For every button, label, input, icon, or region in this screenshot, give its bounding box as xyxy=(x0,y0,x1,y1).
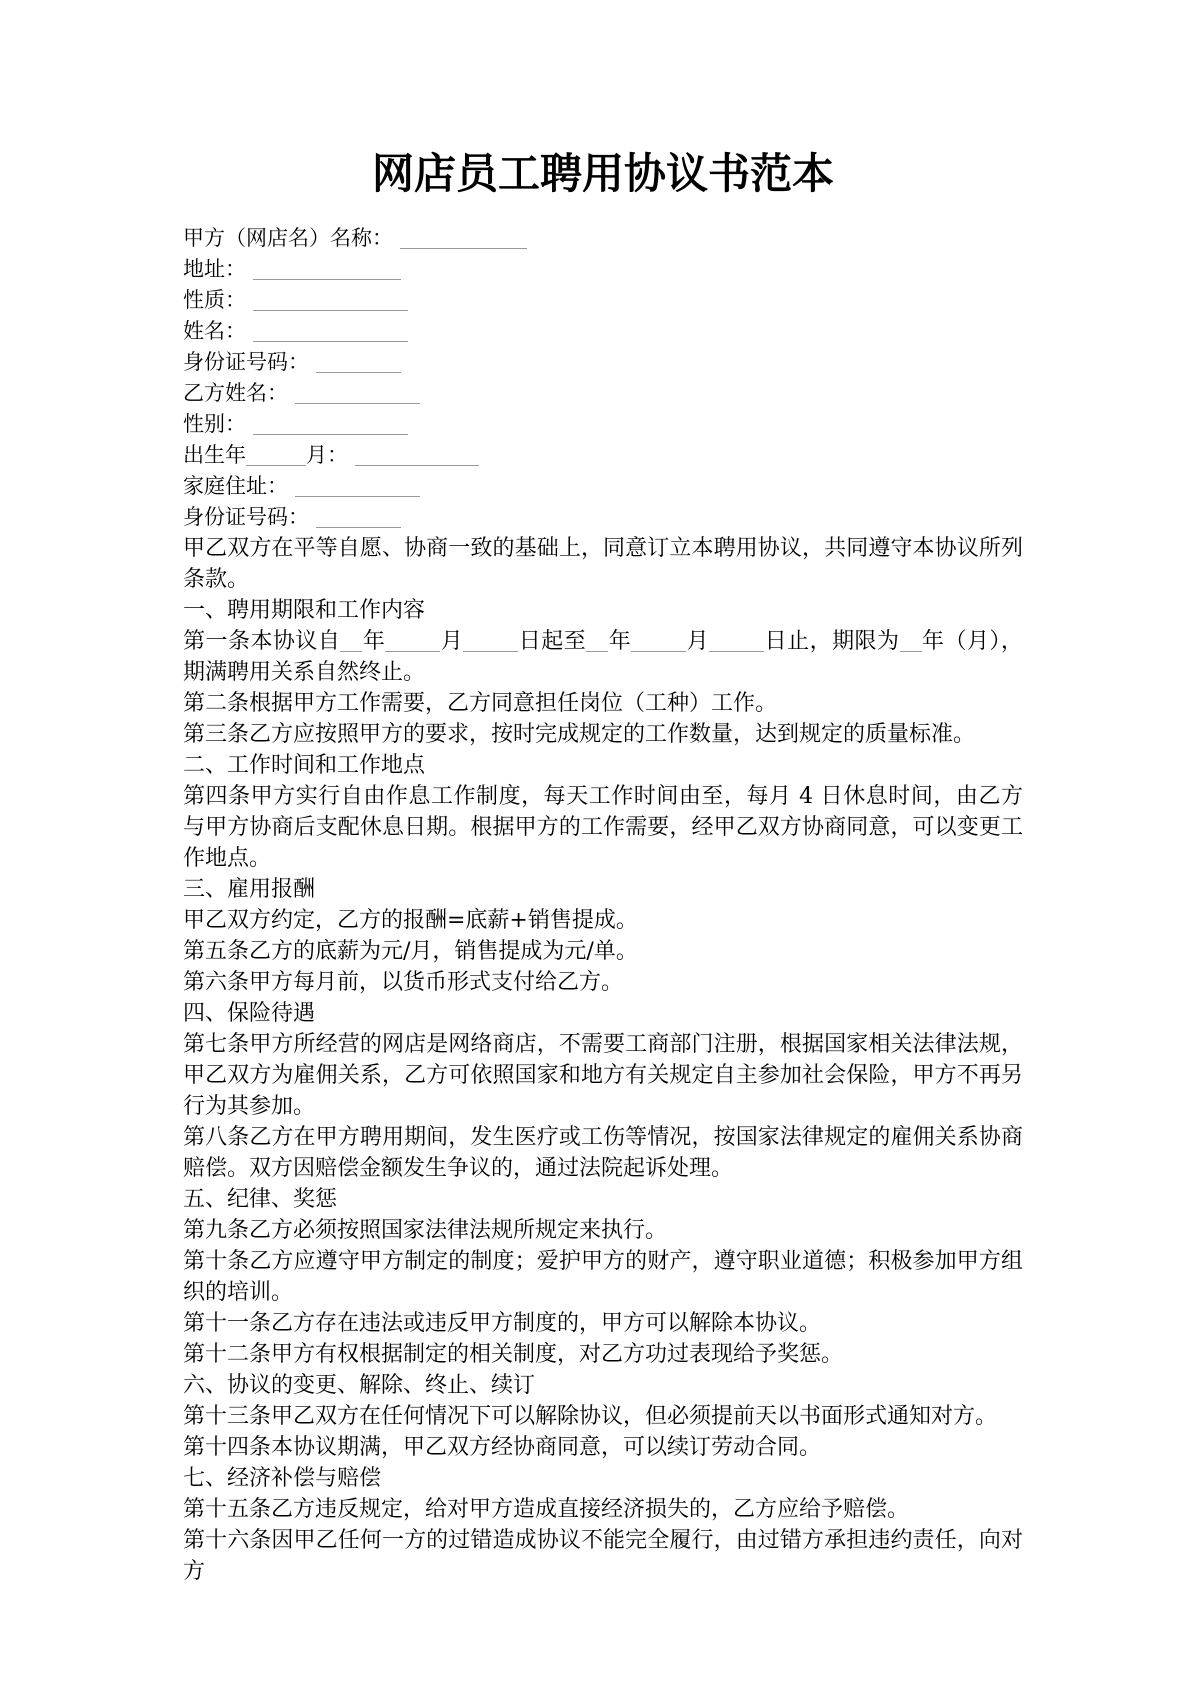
field-address: 地址： xyxy=(183,254,1023,285)
text-run: 第一条本协议自 xyxy=(183,629,340,654)
text-run: 第四条甲方实行自由作息工作制度，每天工作时间由至，每月 4 日休息时间，由乙方与… xyxy=(183,784,1023,871)
text-run: 日止，期限为 xyxy=(764,629,899,654)
text-run: 第六条甲方每月前，以货币形式支付给乙方。 xyxy=(183,970,623,995)
clause-15: 第十五条乙方违反规定，给对甲方造成直接经济损失的，乙方应给予赔偿。 xyxy=(183,1494,1023,1525)
text-run: 第十五条乙方违反规定，给对甲方造成直接经济损失的，乙方应给予赔偿。 xyxy=(183,1497,909,1522)
text-run: 第十条乙方应遵守甲方制定的制度；爱护甲方的财产，遵守职业道德；积极参加甲方组织的… xyxy=(183,1249,1023,1305)
text-run: 日起至 xyxy=(518,629,586,654)
clause-1: 第一条本协议自年月日起至年月日止，期限为年（月），期满聘用关系自然终止。 xyxy=(183,626,1023,688)
text-run: 三、雇用报酬 xyxy=(183,877,315,902)
preamble: 甲乙双方在平等自愿、协商一致的基础上，同意订立本聘用协议，共同遵守本协议所列条款… xyxy=(183,533,1023,595)
field-party-a-shop-name: 甲方（网店名）名称： xyxy=(183,223,1023,254)
text-run: 四、保险待遇 xyxy=(183,1001,315,1026)
blank-underline xyxy=(400,231,527,249)
text-run: 第三条乙方应按照甲方的要求，按时完成规定的工作数量，达到规定的质量标准。 xyxy=(183,722,975,747)
text-run: 身份证号码： xyxy=(183,350,316,374)
clause-5: 第五条乙方的底薪为元/月，销售提成为元/单。 xyxy=(183,936,1023,967)
document-title: 网店员工聘用协议书范本 xyxy=(183,148,1023,200)
section-3-title: 三、雇用报酬 xyxy=(183,874,1023,905)
text-run: 第十一条乙方存在违法或违反甲方制度的，甲方可以解除本协议。 xyxy=(183,1311,821,1336)
text-run: 年 xyxy=(608,629,631,654)
field-id-number: 身份证号码： xyxy=(183,347,1023,378)
document-body: 甲方（网店名）名称： 地址： 性质： 姓名： 身份证号码： 乙方姓名： 性别： … xyxy=(183,223,1023,1587)
text-run: 一、聘用期限和工作内容 xyxy=(183,598,425,623)
text-run: 第十三条甲乙双方在任何情况下可以解除协议，但必须提前天以书面形式通知对方。 xyxy=(183,1404,997,1429)
section-5-title: 五、纪律、奖惩 xyxy=(183,1184,1023,1215)
blank-underline xyxy=(316,355,401,373)
clause-3: 第三条乙方应按照甲方的要求，按时完成规定的工作数量，达到规定的质量标准。 xyxy=(183,719,1023,750)
blank-underline xyxy=(355,448,479,466)
text-run: 出生年 xyxy=(183,443,246,467)
blank-underline xyxy=(253,293,408,311)
clause-11: 第十一条乙方存在违法或违反甲方制度的，甲方可以解除本协议。 xyxy=(183,1308,1023,1339)
clause-14: 第十四条本协议期满，甲乙双方经协商同意，可以续订劳动合同。 xyxy=(183,1432,1023,1463)
blank-underline xyxy=(709,634,764,652)
text-run: 身份证号码： xyxy=(183,505,316,529)
blank-underline xyxy=(246,448,306,466)
section-6-title: 六、协议的变更、解除、终止、续订 xyxy=(183,1370,1023,1401)
blank-underline xyxy=(316,510,401,528)
clause-13: 第十三条甲乙双方在任何情况下可以解除协议，但必须提前天以书面形式通知对方。 xyxy=(183,1401,1023,1432)
blank-underline xyxy=(631,634,686,652)
blank-underline xyxy=(340,634,362,652)
text-run: 月： xyxy=(306,443,355,467)
text-run: 二、工作时间和工作地点 xyxy=(183,753,425,778)
blank-underline xyxy=(900,634,922,652)
blank-underline xyxy=(295,386,420,404)
text-run: 第十四条本协议期满，甲乙双方经协商同意，可以续订劳动合同。 xyxy=(183,1435,821,1460)
clause-10: 第十条乙方应遵守甲方制定的制度；爱护甲方的财产，遵守职业道德；积极参加甲方组织的… xyxy=(183,1246,1023,1308)
blank-underline xyxy=(463,634,518,652)
text-run: 性质： xyxy=(183,288,253,312)
clause-6: 第六条甲方每月前，以货币形式支付给乙方。 xyxy=(183,967,1023,998)
remuneration-formula: 甲乙双方约定，乙方的报酬=底薪+销售提成。 xyxy=(183,905,1023,936)
text-run: 五、纪律、奖惩 xyxy=(183,1187,337,1212)
text-run: 第七条甲方所经营的网店是网络商店，不需要工商部门注册，根据国家相关法律法规，甲乙… xyxy=(183,1032,1023,1119)
text-run: 第八条乙方在甲方聘用期间，发生医疗或工伤等情况，按国家法律规定的雇佣关系协商赔偿… xyxy=(183,1125,1023,1181)
clause-16: 第十六条因甲乙任何一方的过错造成协议不能完全履行，由过错方承担违约责任，向对方 xyxy=(183,1525,1023,1587)
text-run: 甲乙双方约定，乙方的报酬=底薪+销售提成。 xyxy=(183,908,638,933)
field-home-address: 家庭住址： xyxy=(183,471,1023,502)
document-content: 网店员工聘用协议书范本 甲方（网店名）名称： 地址： 性质： 姓名： 身份证号码… xyxy=(0,0,1190,1587)
text-run: 地址： xyxy=(183,257,253,281)
field-nature: 性质： xyxy=(183,285,1023,316)
text-run: 甲乙双方在平等自愿、协商一致的基础上，同意订立本聘用协议，共同遵守本协议所列条款… xyxy=(183,536,1023,592)
clause-4: 第四条甲方实行自由作息工作制度，每天工作时间由至，每月 4 日休息时间，由乙方与… xyxy=(183,781,1023,874)
text-run: 第十二条甲方有权根据制定的相关制度，对乙方功过表现给予奖惩。 xyxy=(183,1342,843,1367)
text-run: 六、协议的变更、解除、终止、续订 xyxy=(183,1373,535,1398)
text-run: 甲方（网店名）名称： xyxy=(183,226,400,250)
clause-2: 第二条根据甲方工作需要，乙方同意担任岗位（工种）工作。 xyxy=(183,688,1023,719)
blank-underline xyxy=(253,417,408,435)
field-name: 姓名： xyxy=(183,316,1023,347)
text-run: 第九条乙方必须按照国家法律法规所规定来执行。 xyxy=(183,1218,667,1243)
clause-9: 第九条乙方必须按照国家法律法规所规定来执行。 xyxy=(183,1215,1023,1246)
section-2-title: 二、工作时间和工作地点 xyxy=(183,750,1023,781)
text-run: 第五条乙方的底薪为元/月，销售提成为元/单。 xyxy=(183,939,638,964)
text-run: 月 xyxy=(686,629,709,654)
text-run: 乙方姓名： xyxy=(183,381,295,405)
text-run: 性别： xyxy=(183,412,253,436)
text-run: 第二条根据甲方工作需要，乙方同意担任岗位（工种）工作。 xyxy=(183,691,777,716)
blank-underline xyxy=(385,634,440,652)
clause-12: 第十二条甲方有权根据制定的相关制度，对乙方功过表现给予奖惩。 xyxy=(183,1339,1023,1370)
field-party-b-name: 乙方姓名： xyxy=(183,378,1023,409)
field-birth-date: 出生年月： xyxy=(183,440,1023,471)
text-run: 月 xyxy=(440,629,463,654)
text-run: 姓名： xyxy=(183,319,253,343)
clause-7: 第七条甲方所经营的网店是网络商店，不需要工商部门注册，根据国家相关法律法规，甲乙… xyxy=(183,1029,1023,1122)
text-run: 七、经济补偿与赔偿 xyxy=(183,1466,381,1491)
text-run: 第十六条因甲乙任何一方的过错造成协议不能完全履行，由过错方承担违约责任，向对方 xyxy=(183,1528,1023,1584)
blank-underline xyxy=(253,324,408,342)
section-7-title: 七、经济补偿与赔偿 xyxy=(183,1463,1023,1494)
document-page: 网店员工聘用协议书范本 甲方（网店名）名称： 地址： 性质： 姓名： 身份证号码… xyxy=(0,0,1190,1683)
blank-underline xyxy=(253,262,401,280)
field-gender: 性别： xyxy=(183,409,1023,440)
section-4-title: 四、保险待遇 xyxy=(183,998,1023,1029)
text-run: 年 xyxy=(362,629,385,654)
blank-underline xyxy=(295,479,420,497)
text-run: 家庭住址： xyxy=(183,474,295,498)
clause-8: 第八条乙方在甲方聘用期间，发生医疗或工伤等情况，按国家法律规定的雇佣关系协商赔偿… xyxy=(183,1122,1023,1184)
blank-underline xyxy=(586,634,608,652)
field-party-b-id-number: 身份证号码： xyxy=(183,502,1023,533)
section-1-title: 一、聘用期限和工作内容 xyxy=(183,595,1023,626)
